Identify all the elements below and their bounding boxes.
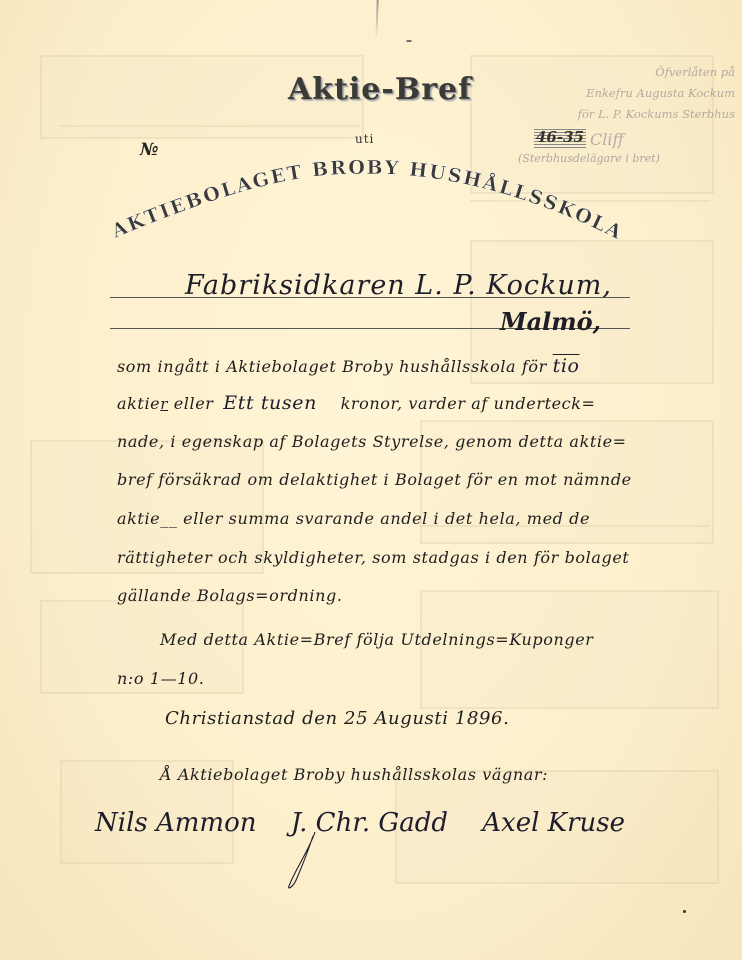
certificate-subtitle: uti: [355, 132, 374, 146]
place-and-date: Christianstad den 25 Augusti 1896.: [165, 708, 685, 729]
body-line: som ingått i Aktiebolaget Broby hushålls…: [117, 355, 637, 377]
coupon-statement: Med detta Aktie=Bref följa Utdelnings=Ku…: [160, 630, 680, 649]
transfer-annotation: Öfverlåten på Enkefru Augusta Kockum för…: [505, 62, 735, 125]
ink-speck: [683, 910, 686, 913]
signatures: Nils Ammon J. Chr. Gadd Axel Kruse: [95, 808, 675, 838]
stamp-number: 46-35: [534, 128, 586, 148]
bleed-through-line: [60, 125, 360, 127]
plural-suffix-filled: r: [160, 395, 168, 413]
body-line: nade, i egenskap af Bolagets Styrelse, g…: [117, 432, 637, 451]
holder-name: Fabriksidkaren L. P. Kockum,: [185, 270, 612, 301]
body-text: kronor, varder af underteck=: [341, 394, 596, 413]
bleed-through-box: [420, 590, 719, 709]
amount-filled: Ett tusen: [223, 392, 317, 414]
body-line: aktier eller Ett tusen kronor, varder af…: [117, 392, 637, 414]
transfer-line: Enkefru Augusta Kockum: [505, 83, 735, 104]
body-text: aktie: [117, 394, 160, 413]
paper-crease: [375, 0, 378, 40]
body-text: som ingått i Aktiebolaget Broby hushålls…: [117, 357, 547, 376]
body-text: eller: [174, 394, 214, 413]
on-behalf-of: Å Aktiebolaget Broby hushållsskolas vägn…: [160, 765, 680, 784]
company-name-arc: AKTIEBOLAGET BROBY HUSHÅLLSSKOLA.: [100, 150, 630, 260]
ink-speck: [406, 40, 412, 42]
coupon-range: n:o 1—10.: [117, 669, 637, 688]
body-line: aktie__ eller summa svarande andel i det…: [117, 509, 637, 528]
company-name: AKTIEBOLAGET BROBY HUSHÅLLSSKOLA.: [100, 150, 627, 244]
signature: Nils Ammon: [95, 808, 256, 838]
transfer-line: Öfverlåten på: [505, 62, 735, 83]
certificate-title: Aktie-Bref: [280, 72, 480, 107]
share-certificate-page: Öfverlåten på Enkefru Augusta Kockum för…: [0, 0, 742, 960]
signature: Axel Kruse: [482, 808, 625, 838]
transfer-line: för L. P. Kockums Sterbhus: [505, 104, 735, 125]
stamp-signature: Cliff: [590, 130, 624, 149]
signature-flourish: [283, 830, 323, 890]
share-count-filled: tio: [553, 355, 580, 377]
body-line: bref försäkrad om delaktighet i Bolaget …: [117, 470, 637, 489]
holder-city: Malmö,: [500, 307, 601, 336]
body-line: gällande Bolags=ordning.: [117, 586, 637, 605]
body-line: rättigheter och skyldigheter, som stadga…: [117, 548, 637, 567]
